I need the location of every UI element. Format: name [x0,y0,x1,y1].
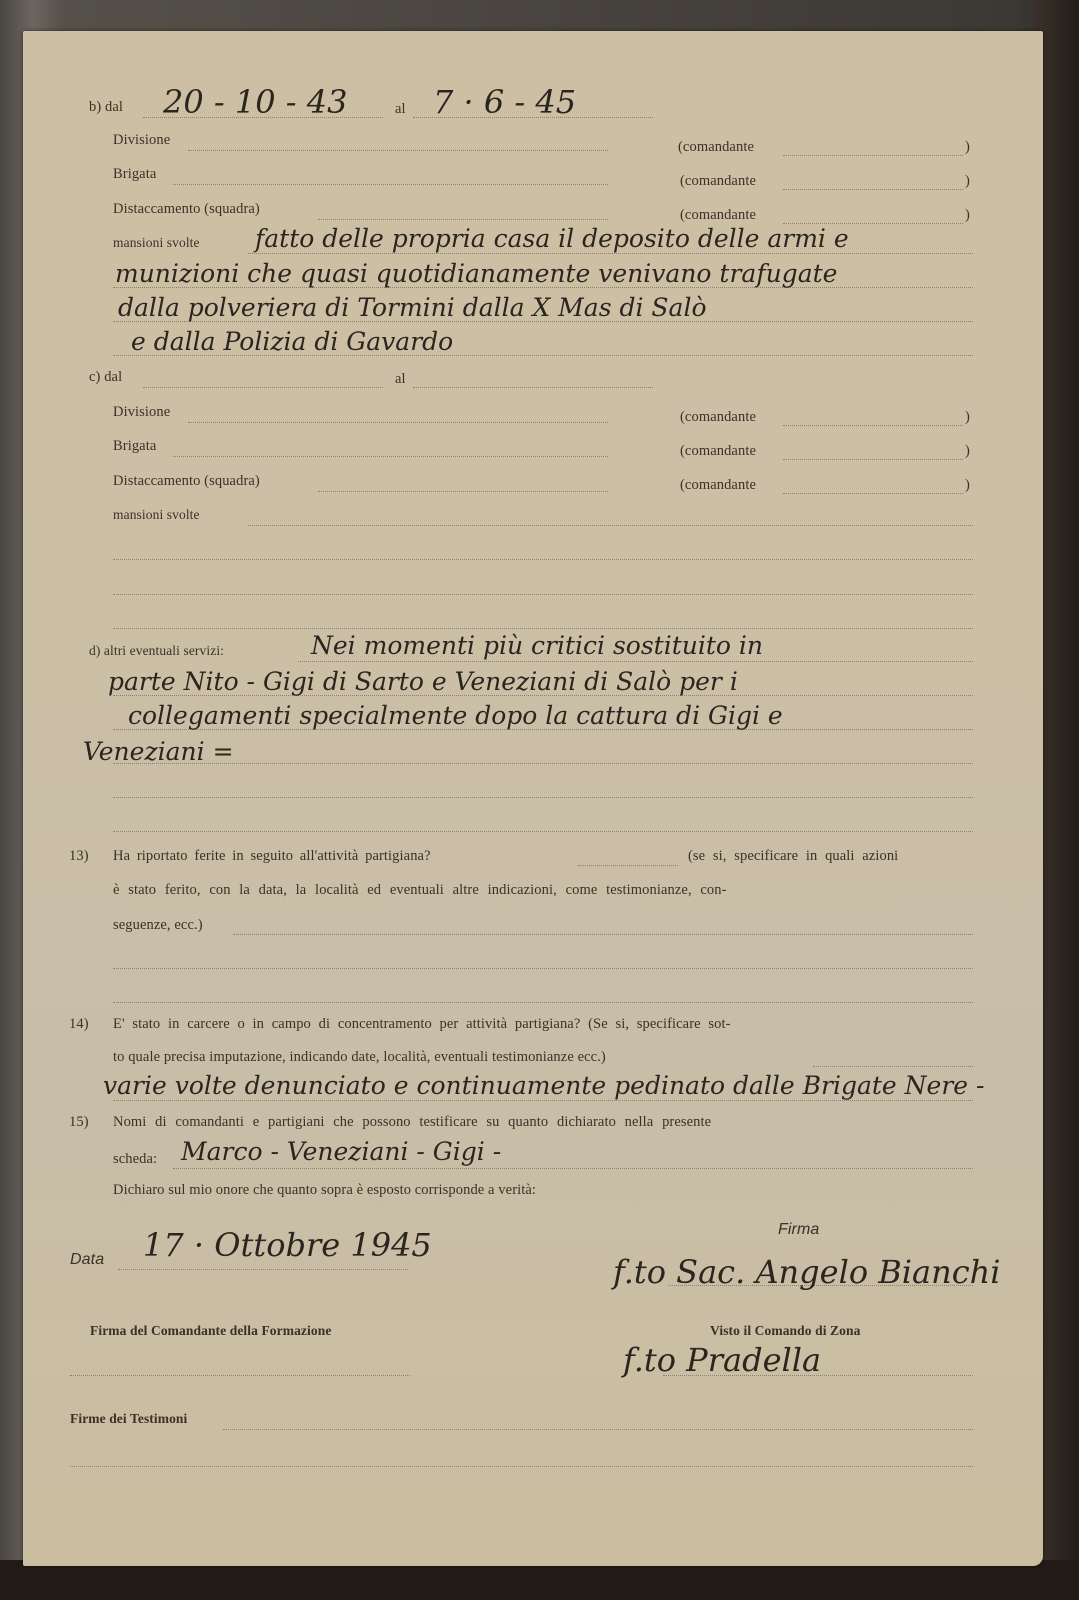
mansioni-line-4 [113,628,973,629]
firma-label: Firma [778,1221,819,1239]
data-value: 17 · Ottobre 1945 [143,1226,432,1264]
q15-number: 15) [69,1114,89,1131]
section-d-line-1: Nei momenti più critici sostituito in [311,631,763,660]
section-b-mansioni-line-2: munizioni che quasi quotidianamente veni… [115,259,837,288]
visto-comando-label: Visto il Comando di Zona [710,1323,860,1339]
comandante-line [783,459,963,460]
comandante-formazione-label: Firma del Comandante della Formazione [90,1323,331,1339]
q13-line-c [113,1002,973,1003]
section-d-line-3: collegamenti specialmente dopo la cattur… [128,701,783,730]
section-b-dal-value: 20 - 10 - 43 [163,83,347,121]
q13-line-1a: Ha riportato ferite in seguito all'attiv… [113,848,431,865]
data-label: Data [70,1251,104,1269]
comandante-line [783,189,963,190]
q14-line-1: E' stato in carcere o in campo di concen… [113,1016,731,1033]
section-c-dal-label: c) dal [89,369,122,386]
servizi-line-1 [298,661,973,662]
section-b-divisione-label: Divisione [113,132,170,149]
divisione-line [188,150,608,151]
section-d-label: d) altri eventuali servizi: [89,643,224,659]
section-c-divisione-comandante: (comandante [680,409,756,426]
close-paren: ) [965,477,970,494]
section-d-line-4: Veneziani = [83,737,234,766]
brigata-line [173,184,608,185]
section-b-mansioni-label: mansioni svolte [113,235,200,251]
comandante-line [783,425,963,426]
q15-answer: Marco - Veneziani - Gigi - [181,1137,501,1166]
comandante-formazione-line [70,1375,410,1376]
q15-line [173,1168,973,1169]
section-c-brigata-comandante: (comandante [680,443,756,460]
mansioni-line-3 [113,594,973,595]
q13-line-2: è stato ferito, con la data, la località… [113,882,727,899]
close-paren: ) [965,173,970,190]
distaccamento-line [318,491,608,492]
testimoni-label: Firme dei Testimoni [70,1411,187,1427]
section-c-al-label: al [395,371,406,388]
data-line [118,1269,408,1270]
form-page: b) dal 20 - 10 - 43 al 7 · 6 - 45 Divisi… [23,31,1043,1566]
q13-answer-line [578,865,678,866]
q13-line-b [113,968,973,969]
section-d-line-2: parte Nito - Gigi di Sarto e Veneziani d… [108,667,738,696]
comandante-line [783,493,963,494]
section-b-distaccamento-label: Distaccamento (squadra) [113,201,260,218]
mansioni-line-2 [113,559,973,560]
servizi-line-6 [113,831,973,832]
visto-value: f.to Pradella [623,1341,821,1379]
q14-line-2: to quale precisa imputazione, indicando … [113,1049,606,1066]
q15-scheda-label: scheda: [113,1151,157,1168]
section-c-distaccamento-label: Distaccamento (squadra) [113,473,260,490]
section-b-al-label: al [395,101,406,118]
section-b-brigata-comandante: (comandante [680,173,756,190]
divisione-line [188,422,608,423]
close-paren: ) [965,443,970,460]
mansioni-line-1 [248,253,973,254]
mansioni-line-1 [248,525,973,526]
close-paren: ) [965,409,970,426]
servizi-line-4 [113,763,973,764]
q14-number: 14) [69,1016,89,1033]
q15-line-1: Nomi di comandanti e partigiani che poss… [113,1114,711,1131]
distaccamento-line [318,219,608,220]
comandante-line [783,155,963,156]
section-b-mansioni-line-3: dalla polveriera di Tormini dalla X Mas … [118,293,707,322]
al-line [413,387,653,388]
close-paren: ) [965,207,970,224]
section-b-mansioni-line-4: e dalla Polizia di Gavardo [131,327,453,356]
q14-answer: varie volte denunciato e continuamente p… [103,1071,984,1100]
testimoni-line-2 [70,1466,973,1467]
servizi-line-5 [113,797,973,798]
section-b-brigata-label: Brigata [113,166,156,183]
section-b-al-value: 7 · 6 - 45 [433,83,576,121]
q14-line-a [813,1066,973,1067]
section-b-divisione-comandante: (comandante [678,139,754,156]
brigata-line [173,456,608,457]
firma-value: f.to Sac. Angelo Bianchi [613,1253,1000,1291]
section-c-brigata-label: Brigata [113,438,156,455]
dal-line [143,387,383,388]
section-c-mansioni-label: mansioni svolte [113,507,200,523]
section-b-mansioni-line-1: fatto delle propria casa il deposito del… [255,224,849,253]
q13-number: 13) [69,848,89,865]
q13-line-3: seguenze, ecc.) [113,917,203,934]
q14-line-b [113,1100,973,1101]
close-paren: ) [965,139,970,156]
section-b-distaccamento-comandante: (comandante [680,207,756,224]
desk-background-bottom [0,1560,1079,1600]
section-b-dal-label: b) dal [89,99,123,116]
testimoni-line-1 [223,1429,973,1430]
q13-line-a [233,934,973,935]
declaration-text: Dichiaro sul mio onore che quanto sopra … [113,1182,536,1199]
q13-line-1b: (se si, specificare in quali azioni [688,848,898,865]
section-c-divisione-label: Divisione [113,404,170,421]
section-c-distaccamento-comandante: (comandante [680,477,756,494]
